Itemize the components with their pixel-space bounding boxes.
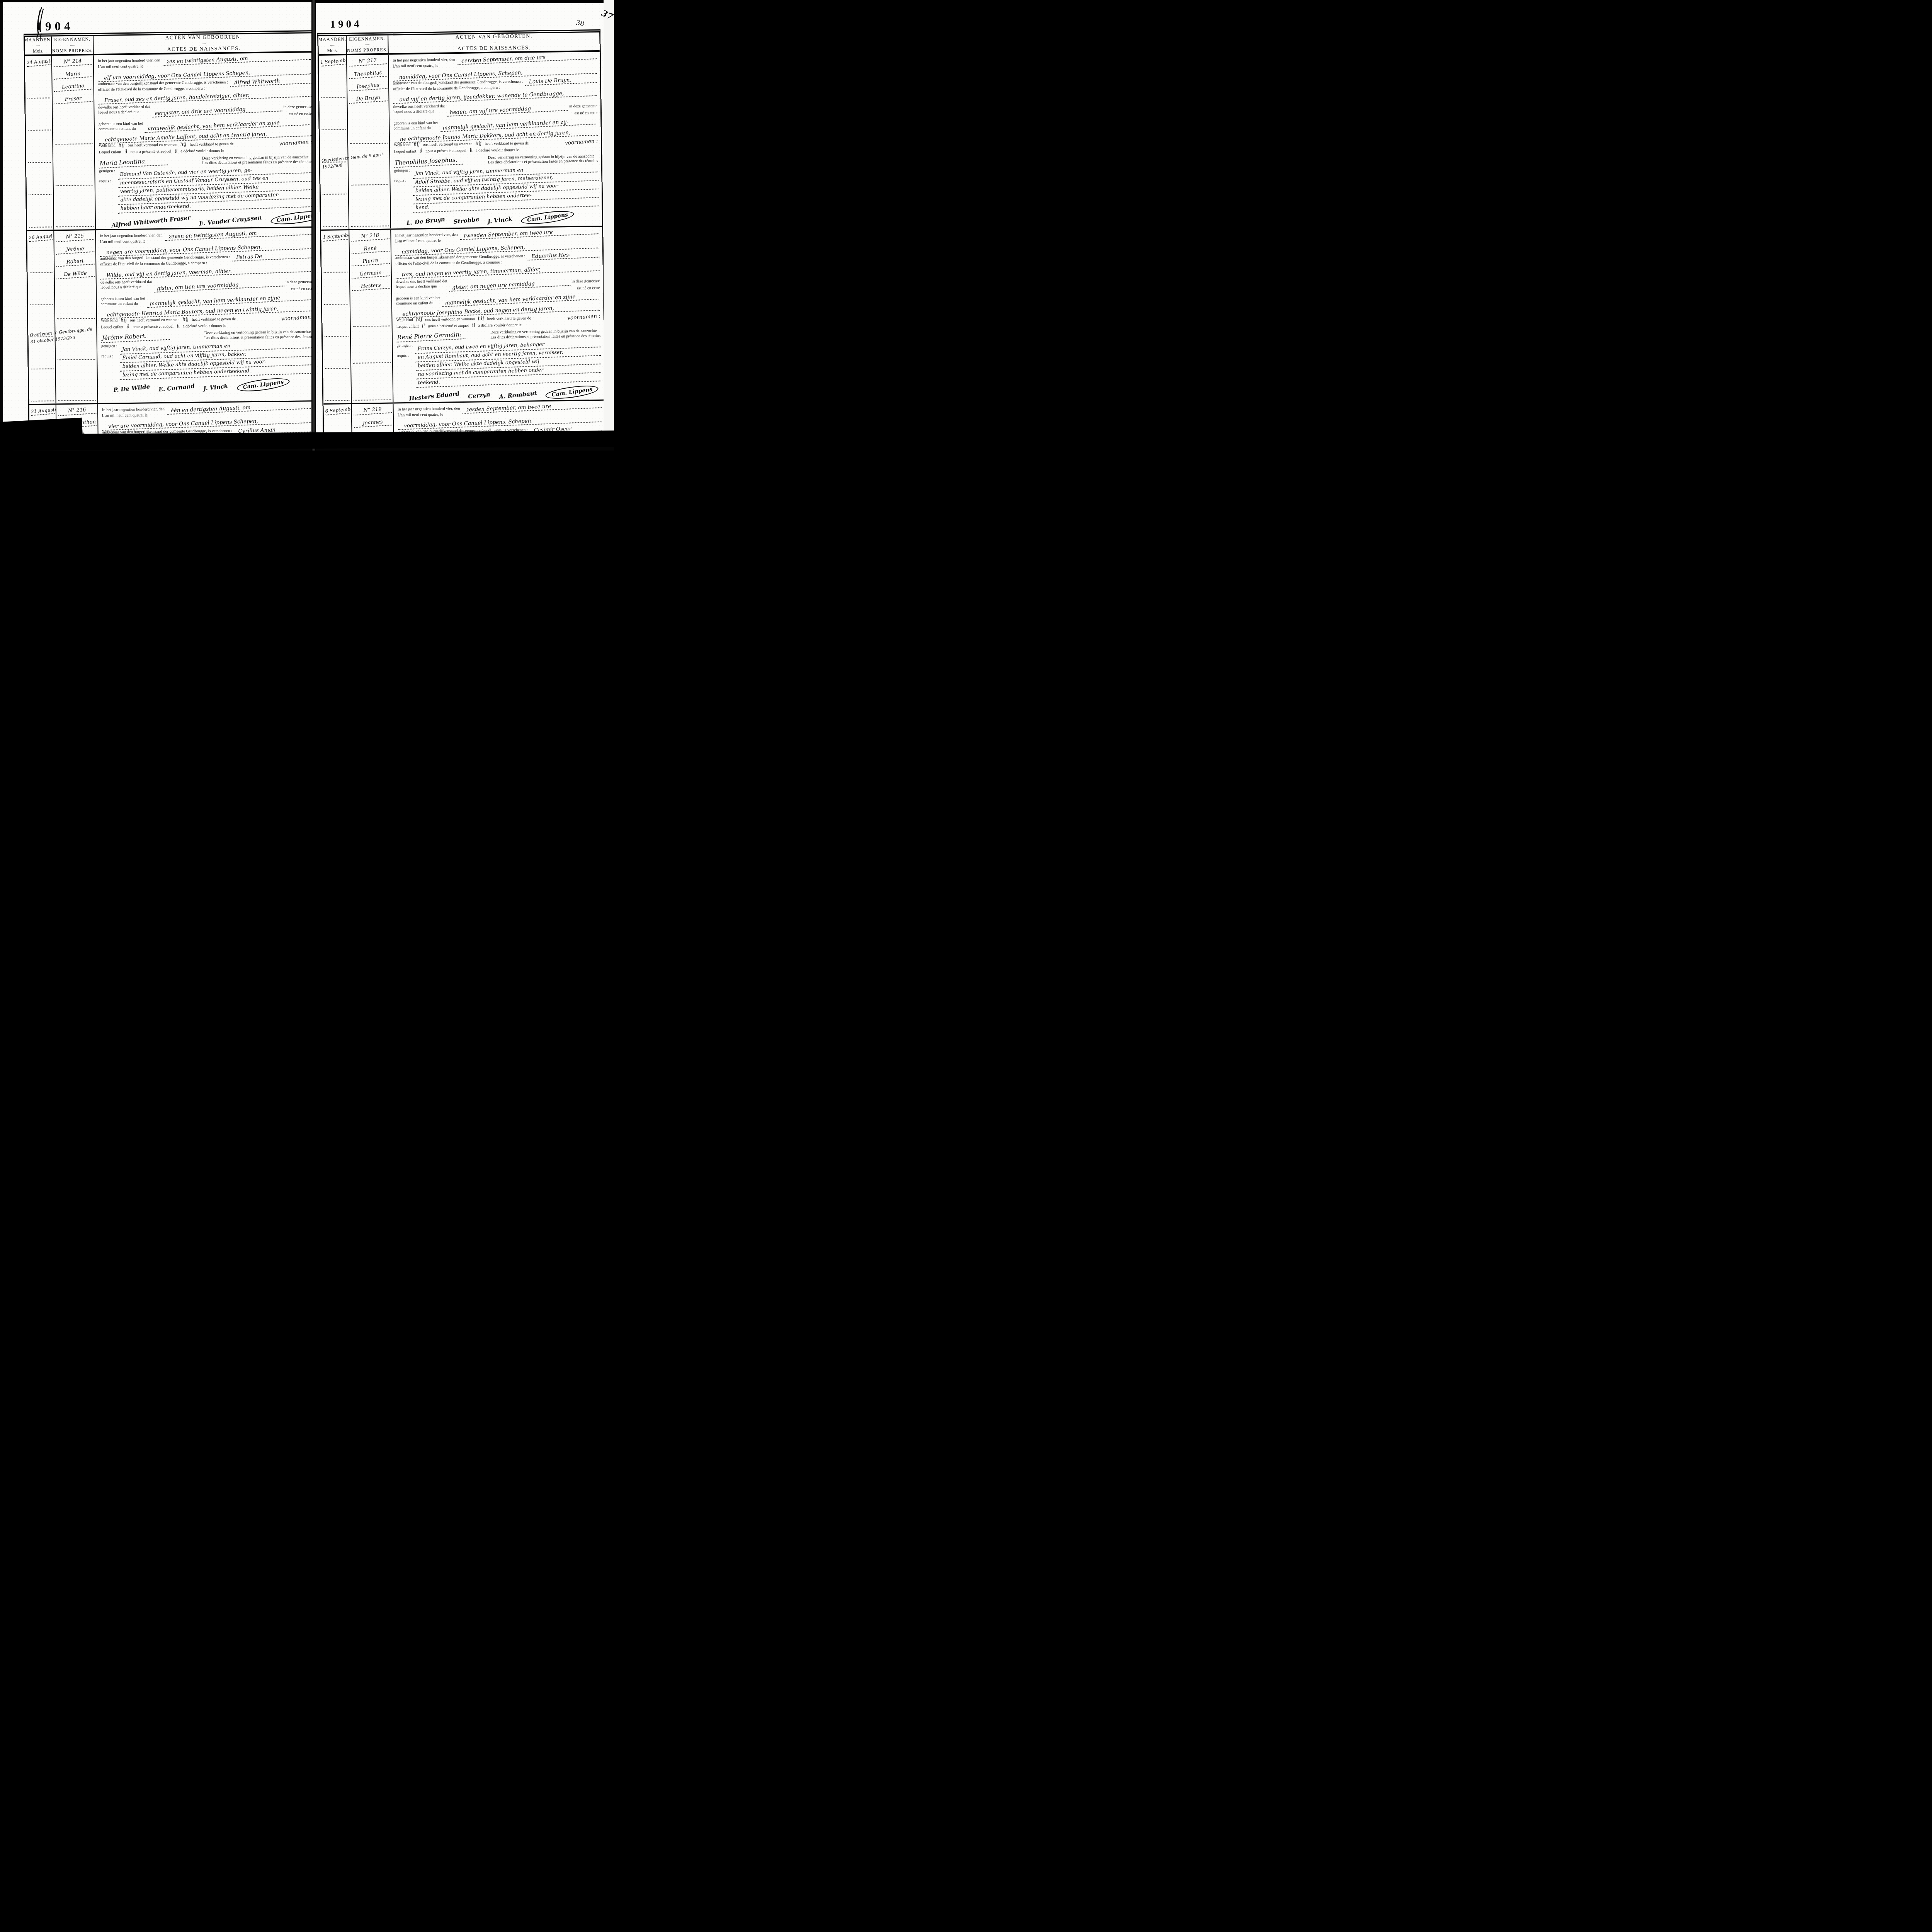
handwritten-witness-lines: Jan Vinck, oud vijftig jaren, timmerman … — [119, 342, 311, 378]
printed-child-fr-3: a déclaré vouloir donner le — [478, 323, 522, 328]
signature: Cam. Lippens — [520, 208, 575, 226]
month-cell: 6 September. — [323, 404, 354, 434]
header-acts-nl: ACTEN VAN GEBOORTEN. — [455, 33, 532, 41]
scan-bottom-edge — [0, 430, 614, 451]
dotted-rule — [29, 195, 52, 228]
printed-born-labels: geboren is een kind van het commune un e… — [100, 296, 145, 307]
witnesses-block: getuigen : requis : Frans Cerzyn, oud tw… — [396, 340, 601, 386]
handwritten-given-names: Jérôme Robert. — [101, 330, 170, 343]
handwritten-pronoun: il — [469, 147, 473, 153]
signature: A. Rombaut — [498, 389, 537, 400]
act-text-cell: In het jaar negentien honderd vier, den … — [94, 53, 311, 229]
printed-child-nl-1: Welk kind — [101, 318, 117, 323]
handwritten-declarant-details: Wilde, oud vijf en dertig jaren, voerman… — [100, 265, 311, 279]
printed-child-fr-3: a déclaré vouloir donner le — [180, 149, 224, 154]
printed-child-fr-1: Lequel enfant — [394, 150, 416, 155]
child-name-line: Josephus — [349, 82, 388, 92]
printed-witness-fr: requis : — [394, 179, 410, 184]
dotted-rule — [350, 102, 388, 144]
printed-commune-labels: in deze gemeente est né en cette — [283, 103, 311, 117]
dotted-rule — [323, 194, 347, 227]
handwritten-pronoun: hij — [120, 316, 127, 323]
header-names: EIGENNAMEN. — NOMS PROPRES. — [347, 36, 389, 54]
printed-commune-nl: in deze gemeente — [569, 104, 597, 109]
printed-born-fr: commune un enfant du — [396, 301, 440, 306]
register-table: MAANDEN. — Mois. EIGENNAMEN. — NOMS PROP… — [317, 29, 604, 434]
header-dash: — — [492, 43, 496, 43]
act-text-cell: In het jaar negentien honderd vier, den … — [98, 401, 311, 435]
child-name-line: Maria — [54, 70, 92, 80]
printed-commune-nl: in deze gemeente — [286, 280, 311, 284]
act-text-cell: In het jaar negentien honderd vier, den … — [96, 228, 311, 403]
handwritten-pronoun: il — [174, 148, 178, 154]
handwritten-birth-time: heden, om vijf ure voormiddag — [446, 104, 568, 117]
handwritten-pronoun: il — [124, 148, 128, 155]
printed-year-nl: In het jaar negentien honderd vier, den — [100, 233, 162, 239]
dotted-rule — [324, 272, 348, 305]
header-names: EIGENNAMEN. — NOMS PROPRES. — [52, 36, 94, 54]
records-right: 1 September. N° 217 TheophilusJosephusDe… — [319, 52, 604, 434]
book-spine-fold — [311, 0, 316, 451]
signature: L. De Bruyn — [406, 216, 445, 226]
header-names-nl: EIGENNAMEN. — [54, 36, 90, 43]
header-months: MAANDEN. — Mois. — [25, 36, 52, 54]
signature: Hesters Eduard — [409, 390, 460, 402]
birth-act-record: 24 Augusti. N° 214 MariaLeontinaFraser I… — [25, 53, 311, 230]
dotted-rule — [27, 98, 51, 131]
declaration-line: dewelke ons heeft verklaard dat lequel n… — [100, 278, 311, 294]
printed-witness-nl: getuigen : — [99, 169, 115, 174]
dotted-rule — [325, 337, 349, 369]
printed-commune-fr: est né en cette — [577, 286, 600, 291]
printed-child-nl-1: Welk kind — [99, 144, 115, 149]
handwritten-declarant-details: ters, oud negen en veertig jaren, timmer… — [396, 264, 600, 279]
dotted-rule — [31, 369, 54, 401]
printed-witness-labels: getuigen : requis : — [99, 169, 116, 212]
printed-declare-labels: dewelke ons heeft verklaard dat lequel n… — [98, 105, 150, 119]
dotted-rule — [353, 327, 391, 364]
handwritten-pronoun: hij — [180, 141, 187, 148]
handwritten-pronoun: il — [419, 148, 423, 154]
dotted-rule — [54, 103, 92, 145]
printed-year-nl: In het jaar negentien honderd vier, den — [102, 407, 165, 413]
proper-names-cell: N° 218 RenéPierreGermainHesters — [349, 230, 393, 403]
month-cell: 1 September. — [321, 230, 352, 403]
handwritten-pronoun: hij — [475, 140, 482, 147]
year-heading: 1904 — [330, 18, 362, 31]
printed-born-fr: commune un enfant du — [393, 126, 438, 131]
signature: E. Cornand — [158, 382, 195, 393]
dotted-rule — [321, 65, 345, 98]
signature: J. Vinck — [203, 383, 228, 392]
printed-born-labels: geboren is een kind van het commune un e… — [393, 121, 438, 131]
proper-names-cell: N° 219 JoannesJosephusLudovicusDe Weerd — [352, 403, 396, 434]
printed-child-fr-1: Lequel enfant — [101, 325, 123, 330]
header-names-nl: EIGENNAMEN. — [349, 36, 385, 42]
printed-born-nl: geboren is een kind van het — [100, 296, 145, 302]
witnesses-block: getuigen : requis : Jan Vinck, oud vijft… — [101, 342, 311, 378]
printed-year-nl: In het jaar negentien honderd vier, den — [393, 58, 455, 63]
declaration-line: dewelke ons heeft verklaard dat lequel n… — [98, 103, 311, 119]
printed-child-fr-2: nous a présenté et auquel — [428, 323, 469, 329]
printed-witness-labels: getuigen : requis : — [394, 168, 411, 211]
printed-witness-labels: getuigen : requis : — [396, 343, 413, 386]
handwritten-pronoun: hij — [478, 315, 485, 322]
handwritten-pronoun: il — [176, 323, 180, 329]
printed-born-nl: geboren is een kind van het — [396, 296, 440, 301]
witnesses-block: getuigen : requis : Jan Vinck, oud vijft… — [394, 166, 599, 211]
handwritten-witness-lines: Frans Cerzyn, oud twee en vijftig jaren,… — [415, 340, 601, 386]
register-scan: 1904 MAANDEN. — Mois. EIGENNAMEN. — NOMS… — [0, 0, 614, 451]
handwritten-given-names: Theophilus Josephus. — [394, 155, 463, 168]
child-name-lines: JoannesJosephusLudovicusDe Weerd — [354, 414, 393, 434]
dotted-rule — [29, 241, 53, 273]
given-names-line: Jérôme Robert. Deze verklaring en vertoo… — [101, 330, 311, 342]
header-months-fr: Mois. — [327, 48, 338, 53]
declaration-line: dewelke ons heeft verklaard dat lequel n… — [396, 277, 600, 294]
printed-commune-fr: est né en cette — [575, 111, 597, 116]
witnesses-block: getuigen : requis : Edmond Van Ostende, … — [99, 167, 311, 212]
handwritten-pronoun: hij — [182, 316, 189, 322]
printed-child-fr-1: Lequel enfant — [396, 324, 419, 329]
header-dash: — — [330, 45, 334, 46]
proper-names-cell: N° 214 MariaLeontinaFraser — [52, 55, 96, 230]
handwritten-declarant-details: Fraser, oud zes en dertig jaren, handels… — [98, 90, 311, 105]
child-name-line: Jérôme — [56, 245, 94, 254]
register-table: MAANDEN. — Mois. EIGENNAMEN. — NOMS PROP… — [24, 30, 311, 435]
header-acts-fr: ACTES DE NAISSANCES. — [167, 46, 240, 53]
handwritten-pronoun: il — [126, 323, 130, 329]
month-cell: 1 September. — [319, 55, 349, 230]
printed-born-fr: commune un enfant du — [100, 301, 145, 307]
printed-attestation: Deze verklaring en vertooning gedaan in … — [488, 154, 598, 165]
printed-child-fr-3: a déclaré vouloir donner le — [183, 324, 226, 329]
header-dash: — — [202, 43, 206, 44]
printed-commune-nl: in deze gemeente — [571, 279, 600, 284]
signature: Alfred Whitworth Fraser — [111, 214, 191, 229]
signature: Strobbe — [453, 216, 480, 225]
scan-right-edge: 37 — [604, 0, 614, 434]
printed-declare-labels: dewelke ons heeft verklaard dat lequel n… — [100, 280, 152, 294]
printed-witness-nl: getuigen : — [394, 168, 410, 173]
dotted-rule — [27, 66, 50, 98]
header-dash: — — [365, 44, 369, 45]
printed-born-nl: geboren is een kind van het — [393, 121, 438, 126]
printed-child-fr-2: nous a présenté et auquel — [133, 324, 173, 330]
printed-declare-nl: dewelke ons heeft verklaard dat — [100, 280, 152, 285]
signatures-row: Hesters EduardCerzynA. RombautCam. Lippe… — [409, 386, 599, 400]
printed-child-nl-1: Welk kind — [396, 318, 413, 323]
printed-attestation: Deze verklaring en vertooning gedaan in … — [204, 330, 311, 341]
child-name-lines: MariaLeontinaFraser — [54, 66, 92, 103]
header-names-fr: NOMS PROPRES. — [52, 48, 93, 54]
printed-attestation: Deze verklaring en vertooning gedaan in … — [202, 155, 311, 166]
printed-declare-fr: lequel nous a déclaré que — [396, 284, 447, 289]
printed-declare-labels: dewelke ons heeft verklaard dat lequel n… — [396, 279, 447, 294]
register-page-right: 1904 38 MAANDEN. — Mois. EIGENNAMEN. — N… — [316, 3, 604, 434]
printed-child-fr-1: Lequel enfant — [99, 150, 121, 155]
handwritten-declarant-details: oud vijf en dertig jaren, ijzendekker, w… — [393, 89, 597, 104]
printed-child-fr-2: nous a présenté et auquel — [131, 150, 172, 155]
child-name-line: Robert — [56, 257, 95, 267]
dotted-rule — [30, 273, 53, 305]
dotted-rule — [324, 304, 349, 337]
table-header: MAANDEN. — Mois. EIGENNAMEN. — NOMS PROP… — [25, 33, 311, 56]
printed-declare-nl: dewelke ons heeft verklaard dat — [393, 104, 445, 110]
printed-born-nl: geboren is een kind van het — [99, 122, 143, 127]
printed-attestation: Deze verklaring en vertooning gedaan in … — [490, 329, 600, 340]
printed-declare-labels: dewelke ons heeft verklaard dat lequel n… — [393, 104, 445, 119]
handwritten-birth-time: gister, om tien ure voormiddag — [153, 279, 284, 293]
child-name-lines: JérômeRobertDe Wilde — [56, 241, 95, 278]
handwritten-pronoun: il — [422, 323, 425, 329]
child-name-lines: TheophilusJosephusDe Bruyn — [349, 65, 387, 103]
folio-number: 38 — [576, 19, 585, 28]
dotted-rule — [352, 289, 390, 327]
handwritten-pronoun: il — [471, 322, 475, 328]
child-name-line: Germain — [351, 269, 390, 279]
printed-commune-fr: est né en cette — [291, 287, 311, 291]
header-dash: — — [70, 45, 75, 46]
signature: J. Vinck — [487, 215, 512, 224]
dotted-rule — [326, 414, 350, 434]
dotted-rule — [28, 131, 51, 163]
printed-witness-fr: requis : — [101, 354, 117, 359]
header-months-fr: Mois. — [33, 48, 44, 54]
header-acts: ACTEN VAN GEBOORTEN. — ACTES DE NAISSANC… — [388, 32, 600, 53]
handwritten-given-names: Maria Leontina. — [99, 155, 168, 168]
printed-declare-nl: dewelke ons heeft verklaard dat — [98, 105, 150, 110]
printed-born-labels: geboren is een kind van het commune un e… — [99, 122, 143, 132]
handwritten-witness-lines: Edmond Van Ostende, oud vier en veertig … — [117, 167, 311, 211]
printed-witness-nl: getuigen : — [101, 344, 117, 349]
dotted-rule — [58, 360, 95, 401]
printed-declare-fr: lequel nous a déclaré que — [98, 110, 150, 115]
signature: Cerzyn — [468, 391, 491, 400]
printed-year-nl: In het jaar negentien honderd vier, den — [398, 406, 460, 412]
dotted-rule — [351, 185, 389, 226]
handwritten-birth-time: eergister, om drie ure voormiddag — [151, 104, 282, 117]
header-acts: ACTEN VAN GEBOORTEN. — ACTES DE NAISSANC… — [94, 33, 311, 54]
birth-act-record: 1 September. N° 218 RenéPierreGermainHes… — [321, 226, 604, 403]
birth-act-record: 1 September. N° 217 TheophilusJosephusDe… — [319, 52, 602, 230]
printed-declare-fr: lequel nous a déclaré que — [393, 109, 445, 114]
printed-witness-fr: requis : — [99, 179, 116, 184]
signature: E. Vander Cruyssen — [199, 214, 262, 227]
header-months-nl: MAANDEN. — [318, 36, 347, 43]
printed-witness-nl: getuigen : — [396, 343, 413, 348]
child-name-line: Joannes — [354, 418, 392, 428]
printed-child-fr-2: nous a présenté et auquel — [425, 149, 466, 154]
birth-act-record: 6 September. N° 219 JoannesJosephusLudov… — [323, 399, 604, 434]
printed-commune-fr: est né en cette — [289, 112, 311, 116]
printed-child-nl-1: Welk kind — [394, 143, 410, 148]
dotted-rule — [28, 163, 51, 195]
child-name-line: Leontina — [54, 83, 92, 92]
printed-child-fr-3: a déclaré vouloir donner le — [476, 148, 519, 153]
declaration-line: dewelke ons heeft verklaard dat lequel n… — [393, 102, 597, 119]
register-page-left: 1904 MAANDEN. — Mois. EIGENNAMEN. — NOMS… — [3, 2, 311, 435]
header-months-nl: MAANDEN. — [24, 37, 52, 43]
dotted-rule — [56, 185, 94, 227]
header-names-fr: NOMS PROPRES. — [347, 47, 388, 53]
printed-born-labels: geboren is een kind van het commune un e… — [396, 296, 441, 306]
child-name-line: Pierre — [351, 257, 390, 267]
handwritten-pronoun: hij — [118, 142, 125, 148]
printed-commune-labels: in deze gemeente est né en cette — [569, 102, 597, 116]
printed-declare-nl: dewelke ons heeft verklaard dat — [396, 279, 447, 284]
header-months: MAANDEN. — Mois. — [318, 36, 347, 54]
signature: P. De Wilde — [113, 383, 150, 393]
printed-year-nl: In het jaar negentien honderd vier, den — [395, 233, 457, 238]
signature: Cam. Lippens — [236, 376, 291, 393]
signatures-row: Alfred Whitworth FraserE. Vander Cruysse… — [111, 212, 311, 225]
printed-declare-fr: lequel nous a déclaré que — [100, 285, 152, 290]
records-left: 24 Augusti. N° 214 MariaLeontinaFraser I… — [25, 53, 311, 435]
act-text-cell: In het jaar negentien honderd vier, den … — [389, 52, 602, 228]
born-line: geboren is een kind van het commune un e… — [100, 294, 311, 307]
header-acts-nl: ACTEN VAN GEBOORTEN. — [165, 34, 242, 41]
signatures-row: P. De WildeE. CornandJ. VinckCam. Lippen… — [113, 379, 311, 392]
printed-commune-labels: in deze gemeente est né en cette — [286, 278, 311, 292]
handwritten-given-names: René Pierre Germain; — [396, 330, 466, 343]
month-cell: 24 Augusti. — [25, 56, 54, 230]
act-text-cell: In het jaar negentien honderd vier, den … — [391, 227, 604, 402]
printed-year-nl: In het jaar negentien honderd vier, den — [98, 58, 160, 64]
dotted-rule — [55, 144, 93, 186]
header-dash: — — [36, 45, 40, 46]
header-acts-fr: ACTES DE NAISSANCES. — [457, 45, 531, 52]
handwritten-witness-lines: Jan Vinck, oud vijftig jaren, timmerman … — [413, 166, 599, 211]
month-cell: 26 Augusti. — [27, 231, 56, 404]
handwritten-pronoun: hij — [416, 316, 423, 323]
proper-names-cell: N° 217 TheophilusJosephusDe Bruyn — [347, 55, 391, 229]
dotted-rule — [323, 240, 348, 273]
dotted-rule — [325, 369, 349, 401]
handwritten-birth-time: gister, om negen ure namiddag — [449, 279, 570, 292]
printed-commune-nl: in deze gemeente — [283, 105, 311, 109]
printed-witness-fr: requis : — [397, 354, 413, 359]
handwritten-pronoun: hij — [413, 141, 420, 148]
printed-born-fr: commune un enfant du — [99, 126, 143, 132]
dotted-rule — [353, 363, 391, 401]
proper-names-cell: N° 215 JérômeRobertDe Wilde — [54, 230, 98, 403]
dotted-rule — [321, 98, 345, 130]
birth-act-record: 26 Augusti. N° 215 JérômeRobertDe Wilde … — [27, 226, 311, 404]
printed-witness-labels: getuigen : requis : — [101, 344, 118, 378]
child-name-lines: RenéPierreGermainHesters — [351, 240, 390, 290]
dotted-rule — [57, 278, 95, 319]
signature: Cam. Lippens — [270, 209, 311, 226]
child-name-line: René — [351, 245, 389, 254]
act-text-cell: In het jaar negentien honderd vier, den … — [393, 400, 604, 434]
child-name-line: Theophilus — [349, 70, 387, 79]
signature: Cam. Lippens — [545, 383, 599, 401]
printed-commune-labels: in deze gemeente est né en cette — [571, 277, 600, 291]
signatures-row: L. De BruynStrobbeJ. VinckCam. Lippens — [406, 211, 597, 225]
